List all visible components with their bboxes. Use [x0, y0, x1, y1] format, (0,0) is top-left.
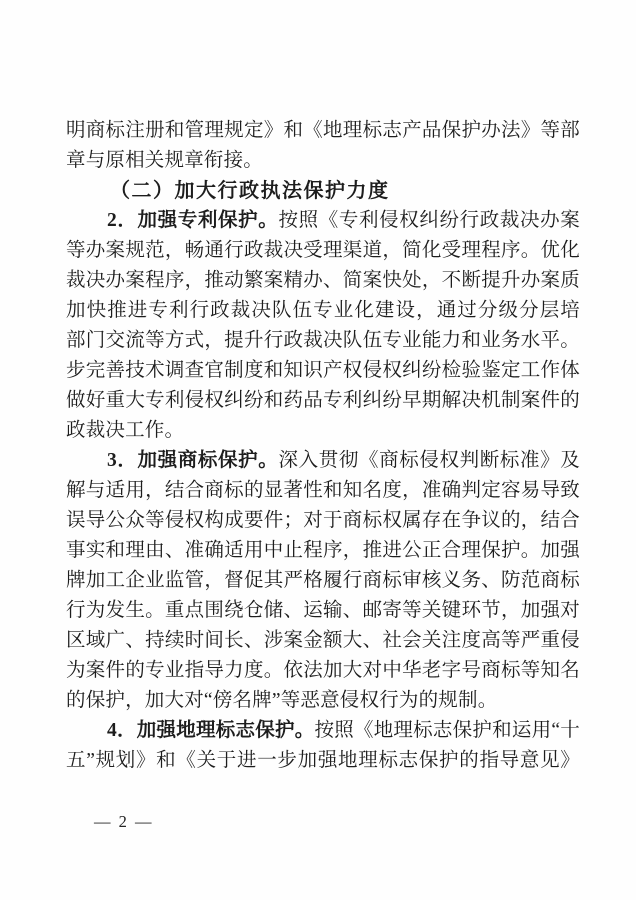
page-number: — 2 — — [94, 812, 154, 832]
text-line: 行为发生。重点围绕仓储、运输、邮寄等关键环节，加强对涉及 — [66, 596, 580, 626]
text-line: 区域广、持续时间长、涉案金额大、社会关注度高等严重侵权行 — [66, 626, 580, 656]
paragraph-start-line: 4．加强地理标志保护。按照《地理标志保护和运用“十四 — [66, 716, 580, 746]
text-line: 牌加工企业监管，督促其严格履行商标审核义务、防范商标侵权 — [66, 566, 580, 596]
text-line: 政裁决工作。 — [66, 416, 580, 446]
text-line: 等办案规范，畅通行政裁决受理渠道，简化受理程序。优化行政 — [66, 236, 580, 266]
text-line: 明商标注册和管理规定》和《地理标志产品保护办法》等部门规 — [66, 116, 580, 146]
text-line: 章与原相关规章衔接。 — [66, 146, 580, 176]
document-text-block: 明商标注册和管理规定》和《地理标志产品保护办法》等部门规 章与原相关规章衔接。 … — [66, 116, 580, 776]
text-line: 做好重大专利侵权纠纷和药品专利纠纷早期解决机制案件的行 — [66, 386, 580, 416]
text-line: 裁决办案程序，推动繁案精办、简案快处，不断提升办案质效。 — [66, 266, 580, 296]
text-line: 误导公众等侵权构成要件；对于商标权属存在争议的，结合争议 — [66, 506, 580, 536]
text-line: 为案件的专业指导力度。依法加大对中华老字号商标等知名品牌 — [66, 656, 580, 686]
text-line: 部门交流等方式，提升行政裁决队伍专业能力和业务水平。进一 — [66, 326, 580, 356]
section-heading: （二）加大行政执法保护力度 — [66, 176, 580, 206]
document-page: 明商标注册和管理规定》和《地理标志产品保护办法》等部门规 章与原相关规章衔接。 … — [0, 0, 636, 900]
text-line: 步完善技术调查官制度和知识产权侵权纠纷检验鉴定工作体系、 — [66, 356, 580, 386]
text-line: 五”规划》和《关于进一步加强地理标志保护的指导意见》要求、 — [66, 746, 580, 776]
text-line: 的保护，加大对“傍名牌”等恶意侵权行为的规制。 — [66, 686, 580, 716]
paragraph-start-line: 3．加强商标保护。深入贯彻《商标侵权判断标准》及其理 — [66, 446, 580, 476]
text-line: 解与适用，结合商标的显著性和知名度，准确判定容易导致混淆、 — [66, 476, 580, 506]
paragraph-start-line: 2．加强专利保护。按照《专利侵权纠纷行政裁决办案指南》 — [66, 206, 580, 236]
text-line: 事实和理由、准确适用中止程序，推进公正合理保护。加强对定 — [66, 536, 580, 566]
text-line: 加快推进专利行政裁决队伍专业化建设，通过分级分层培训、跨 — [66, 296, 580, 326]
